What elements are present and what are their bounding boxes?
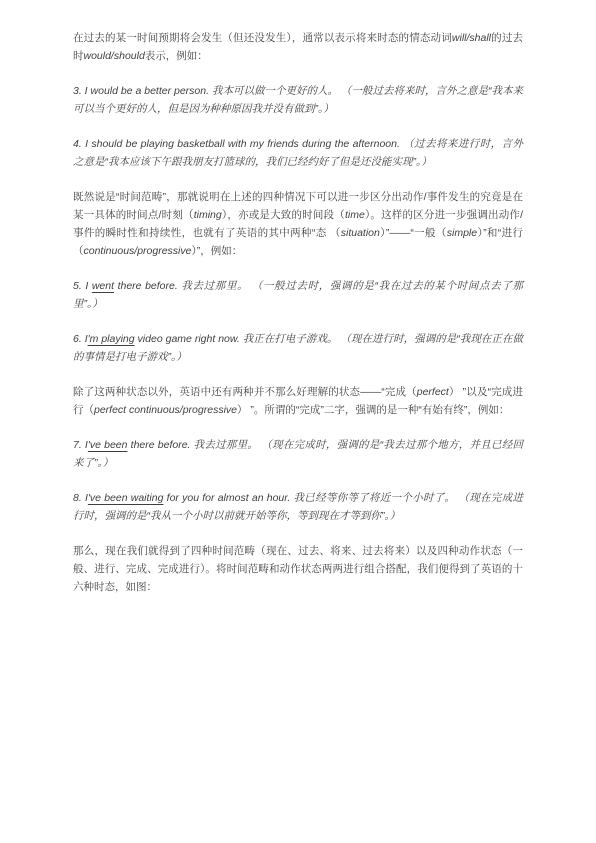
italic-text-run: would/should: [84, 50, 145, 62]
text-run: 那么，现在我们就得到了四种时间范畴（现在、过去、将来、过去将来）以及四种动作状态…: [73, 545, 523, 593]
paragraph-time-categories: 既然说是“时间范畴”，那就说明在上述的四种情况下可以进一步区分出动作/事件发生的…: [73, 188, 523, 260]
italic-text-run: 5. I: [73, 280, 92, 292]
example-sentence-3: 3. I would be a better person. 我本可以做一个更好…: [73, 82, 523, 118]
paragraph-perfect-aspects: 除了这两种状态以外，英语中还有两种并不那么好理解的状态——“完成（perfect…: [73, 383, 523, 419]
example-sentence-6: 6. I'm playing video game right now. 我正在…: [73, 330, 523, 366]
example-sentence-4: 4. I should be playing basketball with m…: [73, 135, 523, 171]
italic-text-run: situation: [341, 227, 380, 239]
example-sentence-8: 8. I've been waiting for you for almost …: [73, 489, 523, 525]
text-run: ），亦或是大致的时间段（: [222, 209, 345, 221]
italic-text-run: 6. I: [73, 333, 88, 345]
italic-text-run: there before. 我去过那里。 （现在完成时，强调的是“我去过那个地方…: [73, 439, 523, 469]
italic-text-run: there before. 我去过那里。 （一般过去时，强调的是“我在过去的某个…: [73, 280, 523, 310]
example-sentence-5: 5. I went there before. 我去过那里。 （一般过去时，强调…: [73, 277, 523, 313]
underlined-verb-phrase: 've been waiting: [88, 492, 164, 504]
paragraph-would-should-intro: 在过去的某一时间预期将会发生（但还没发生），通常以表示将来时态的情态动词will…: [73, 29, 523, 65]
italic-text-run: perfect continuous/progressive: [94, 404, 237, 416]
italic-text-run: time: [345, 209, 365, 221]
underlined-verb-phrase: went: [92, 280, 114, 292]
italic-text-run: 8. I: [73, 492, 88, 504]
italic-text-run: continuous/progressive: [84, 245, 192, 257]
text-run: ）”，例如：: [191, 245, 242, 257]
italic-text-run: simple: [447, 227, 477, 239]
italic-text-run: 7. I: [73, 439, 88, 451]
italic-text-run: timing: [194, 209, 222, 221]
example-sentence-7: 7. I've been there before. 我去过那里。 （现在完成时…: [73, 436, 523, 472]
italic-text-run: video game right now. 我正在打电子游戏。 （现在进行时，强…: [73, 333, 523, 363]
text-run: ）”——“一般（: [380, 227, 447, 239]
italic-text-run: 3. I would be a better person. 我本可以做一个更好…: [73, 85, 523, 115]
text-run: 除了这两种状态以外，英语中还有两种并不那么好理解的状态——“完成（: [73, 386, 417, 398]
text-run: 在过去的某一时间预期将会发生（但还没发生），通常以表示将来时态的情态动词: [73, 32, 452, 44]
underlined-verb-phrase: 'm playing: [88, 333, 135, 345]
italic-text-run: perfect: [417, 386, 449, 398]
text-run: ） ”。所谓的“完成”二字，强调的是一种“有始有终”，例如：: [237, 404, 509, 416]
italic-text-run: will/shall: [452, 32, 491, 44]
paragraph-sixteen-tenses: 那么，现在我们就得到了四种时间范畴（现在、过去、将来、过去将来）以及四种动作状态…: [73, 542, 523, 596]
text-run: 表示，例如：: [145, 50, 208, 62]
underlined-verb-phrase: 've been: [88, 439, 128, 451]
document-page: 在过去的某一时间预期将会发生（但还没发生），通常以表示将来时态的情态动词will…: [0, 0, 596, 843]
italic-text-run: 4. I should be playing basketball with m…: [73, 138, 523, 168]
